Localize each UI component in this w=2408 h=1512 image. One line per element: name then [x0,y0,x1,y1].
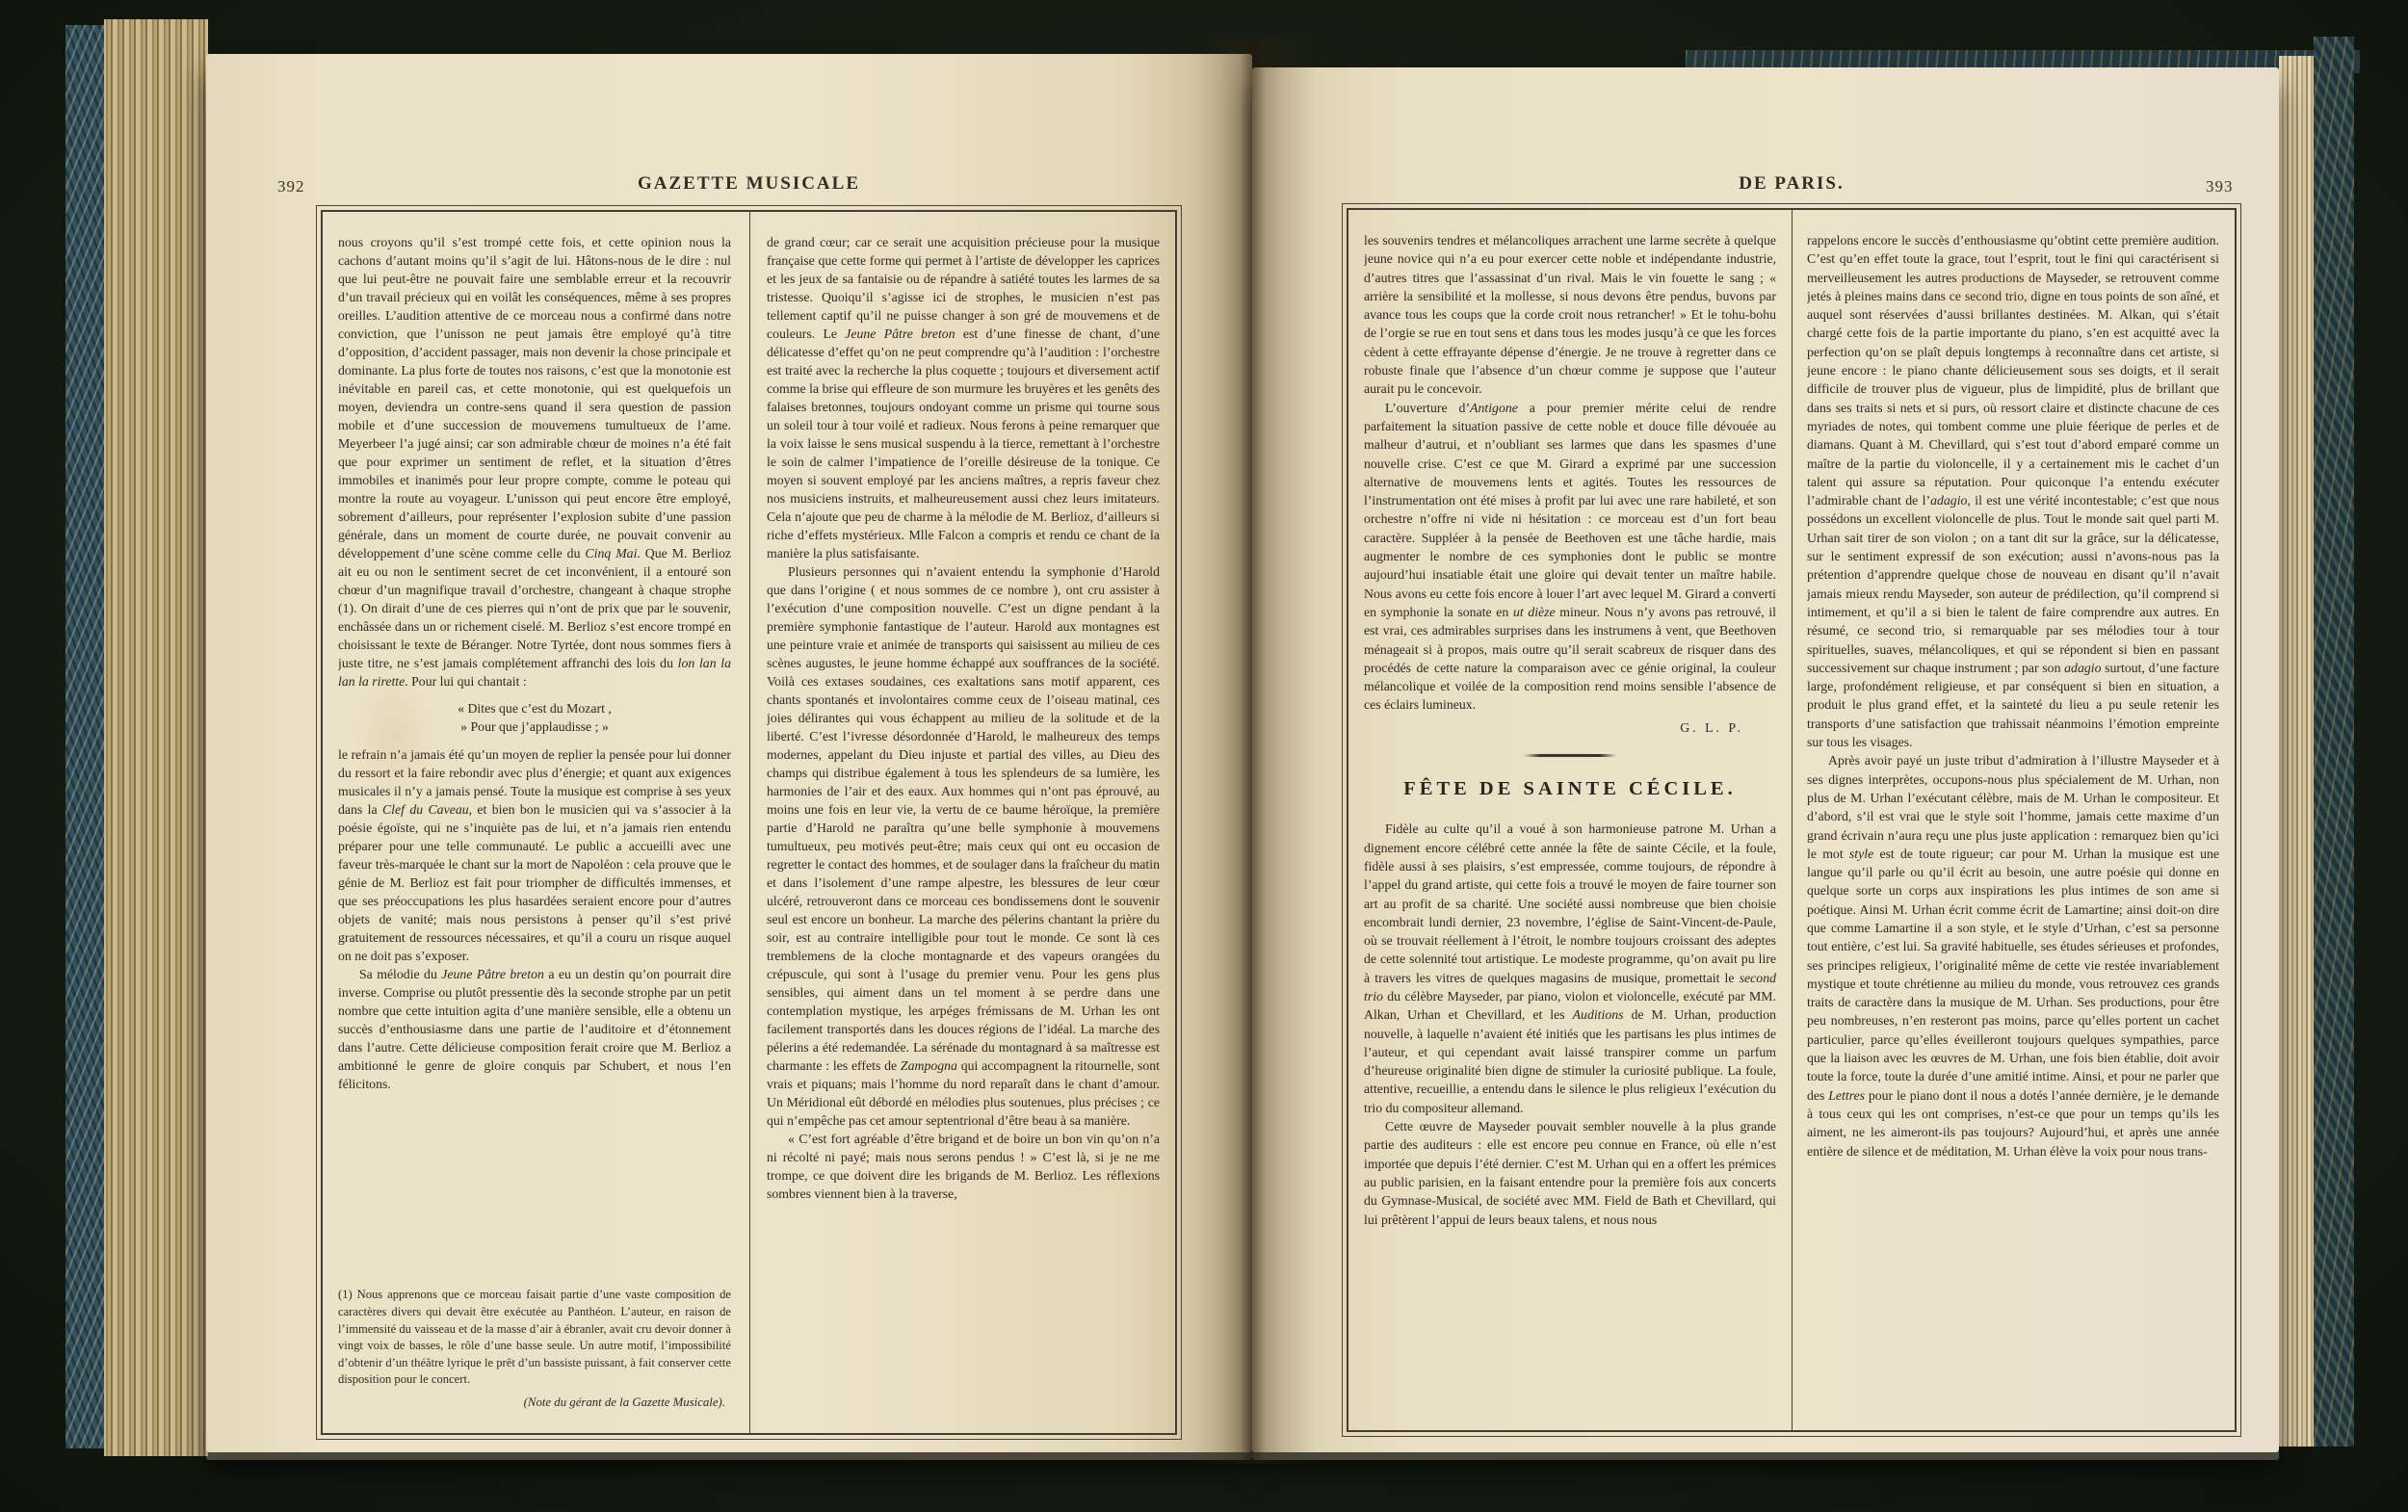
text-column: rappelons encore le succès d’enthousiasm… [1807,231,2219,1409]
paragraph: Cette œuvre de Mayseder pouvait sembler … [1364,1117,1776,1229]
page-edges-left [104,19,208,1456]
text-column: de grand cœur; car ce serait une acquisi… [767,233,1160,1412]
page-edges-right [2279,56,2314,1447]
paragraph: Après avoir payé un juste tribut d’admir… [1807,751,2219,1160]
paragraph: « C’est fort agréable d’être brigand et … [767,1130,1160,1203]
running-title-right: DE PARIS. [1347,173,2237,195]
page-left: 392 GAZETTE MUSICALE nous croyons qu’il … [206,54,1252,1452]
paragraph: Sa mélodie du Jeune Pâtre breton a eu un… [338,965,731,1093]
paragraph: les souvenirs tendres et mélancoliques a… [1364,231,1776,399]
book-spread: 392 GAZETTE MUSICALE nous croyons qu’il … [0,0,2408,1512]
paragraph: Plusieurs personnes qui n’avaient entend… [767,562,1160,1130]
author-signature: G. L. P. [1364,718,1776,737]
paragraph: nous croyons qu’il s’est trompé cette fo… [338,233,731,691]
paragraph: Fidèle au culte qu’il a voué à son harmo… [1364,820,1776,1117]
running-title-left: GAZETTE MUSICALE [321,173,1177,195]
paragraph: le refrain n’a jamais été qu’un moyen de… [338,745,731,965]
text-column: les souvenirs tendres et mélancoliques a… [1364,231,1776,1409]
paragraph: de grand cœur; car ce serait une acquisi… [767,233,1160,562]
marbled-cover-left [65,25,104,1448]
footnote: (1) Nous apprenons que ce morceau faisai… [338,1262,731,1389]
verse-quote: « Dites que c’est du Mozart ,» Pour que … [338,699,731,736]
section-heading: FÊTE DE SAINTE CÉCILE. [1364,780,1776,798]
book-gutter-shadow [1192,39,1318,1464]
paragraph: L’ouverture d’Antigone a pour premier mé… [1364,399,1776,715]
text-frame-right: les souvenirs tendres et mélancoliques a… [1347,208,2237,1432]
footnote: (Note du gérant de la Gazette Musicale). [338,1394,731,1412]
marbled-cover-right [2314,37,2354,1447]
page-number-left: 392 [277,177,305,196]
page-number-right: 393 [2206,177,2234,196]
text-frame-left: nous croyons qu’il s’est trompé cette fo… [321,210,1177,1435]
text-column: nous croyons qu’il s’est trompé cette fo… [338,233,731,1412]
page-right: DE PARIS. 393 les souvenirs tendres et m… [1252,67,2279,1452]
section-divider-rule [1524,754,1616,757]
paragraph: rappelons encore le succès d’enthousiasm… [1807,231,2219,751]
